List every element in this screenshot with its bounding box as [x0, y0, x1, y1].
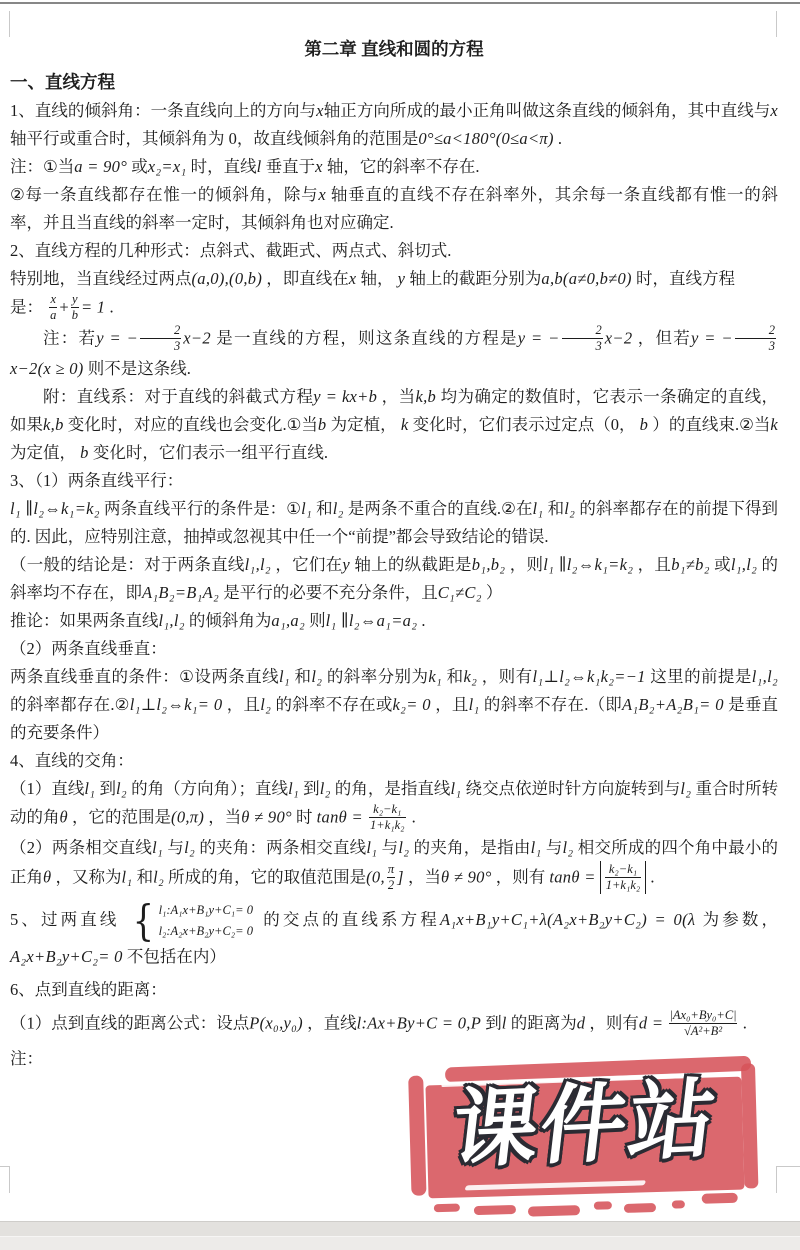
stamp-splatter	[624, 1203, 656, 1213]
para-note-1: 注：①当a = 90° 或x₂=x₁ 时，直线l 垂直于x 轴，它的斜率不存在.	[10, 153, 778, 181]
text-boundary-mark-bottom-right	[776, 1166, 800, 1193]
chapter-title: 第二章 直线和圆的方程	[10, 34, 778, 64]
stamp-border-left	[408, 1075, 426, 1195]
para-angle-heading: 4、直线的交角：	[10, 747, 778, 775]
page-gap-band-lower	[0, 1237, 800, 1250]
page-top-border	[0, 2, 800, 4]
page-gap-band	[0, 1222, 800, 1236]
para-included-angle: （2）两条相交直线l₁ 与l₂ 的夹角：两条相交直线l₁ 与l₂ 的夹角，是指由…	[10, 834, 778, 895]
stamp-splatter	[672, 1200, 685, 1208]
section-heading: 一、直线方程	[10, 67, 778, 97]
para-parallel-general: （一般的结论是：对于两条直线l₁,l₂ ，它们在y 轴上的纵截距是b₁,b₂ ，…	[10, 551, 778, 607]
para-distance-heading: 6、点到直线的距离：	[10, 976, 778, 1004]
para-distance-formula: （1）点到直线的距离公式：设点P(x₀,y₀) ，直线l:Ax+By+C = 0…	[10, 1009, 778, 1040]
para-inclination-definition: 1、直线的倾斜角：一条直线向上的方向与x轴正方向所成的最小正角叫做这条直线的倾斜…	[10, 97, 778, 153]
para-note-final: 注：	[10, 1045, 778, 1073]
text-boundary-mark-bottom-left	[0, 1166, 10, 1193]
para-line-system: 5、过两直线 {l₁:A₁x+B₁y+C₁= 0l₂:A₂x+B₂y+C₂= 0…	[10, 900, 778, 971]
stamp-splatter	[702, 1193, 738, 1204]
stamp-border-right	[741, 1063, 758, 1188]
para-note-2: ②每一条直线都存在惟一的倾斜角，除与x 轴垂直的直线不存在斜率外，其余每一条直线…	[10, 181, 778, 237]
para-intercepts: 特别地，当直线经过两点(a,0),(0,b) ，即直线在x 轴， y 轴上的截距…	[10, 265, 778, 293]
document-page[interactable]: 第二章 直线和圆的方程 一、直线方程 1、直线的倾斜角：一条直线向上的方向与x轴…	[0, 0, 800, 1250]
stamp-splatter	[528, 1205, 580, 1216]
kejianzhan-stamp-watermark: 课件站	[402, 1049, 769, 1229]
para-intercept-formula: 是： xa+yb= 1 .	[10, 293, 778, 324]
para-parallel-conditions: l₁ ∥l₂⇔k₁=k₂ 两条直线平行的条件是：①l₁ 和l₂ 是两条不重合的直…	[10, 495, 778, 551]
para-equation-forms: 2、直线方程的几种形式：点斜式、截距式、两点式、斜切式.	[10, 237, 778, 265]
text-boundary-mark-top-left	[0, 11, 10, 37]
para-parallel-corollary: 推论：如果两条直线l₁,l₂ 的倾斜角为a₁,a₂ 则l₁ ∥l₂⇔a₁=a₂ …	[10, 607, 778, 635]
para-note-line-equation: 注：若y = −23x−2 是一直线的方程，则这条直线的方程是y = −23x−…	[10, 324, 778, 383]
stamp-distress-streak	[464, 1180, 646, 1190]
para-line-family: 附：直线系：对于直线的斜截式方程y = kx+b ，当k,b 均为确定的数值时，…	[10, 383, 778, 467]
para-perpendicular-conditions: 两条直线垂直的条件：①设两条直线l₁ 和l₂ 的斜率分别为k₁ 和k₂ ，则有l…	[10, 663, 778, 747]
stamp-watermark-text: 课件站	[412, 1073, 757, 1178]
stamp-body	[425, 1077, 744, 1199]
stamp-splatter	[474, 1205, 516, 1215]
stamp-splatter	[434, 1204, 460, 1213]
stamp-distress-streak	[440, 1073, 694, 1087]
para-direction-angle: （1）直线l₁ 到l₂ 的角（方向角）；直线l₁ 到l₂ 的角，是指直线l₁ 绕…	[10, 775, 778, 834]
para-perpendicular-heading: （2）两条直线垂直：	[10, 635, 778, 663]
para-parallel-heading: 3、（1）两条直线平行：	[10, 467, 778, 495]
document-text-area: 第二章 直线和圆的方程 一、直线方程 1、直线的倾斜角：一条直线向上的方向与x轴…	[10, 34, 778, 1073]
stamp-splatter	[594, 1201, 612, 1209]
